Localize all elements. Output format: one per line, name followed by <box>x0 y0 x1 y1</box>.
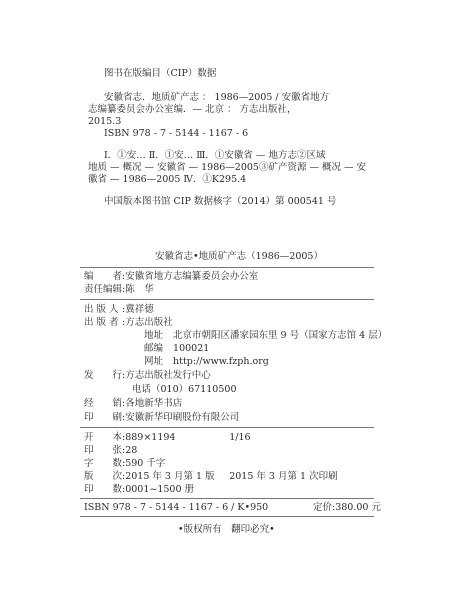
distributor-row: 发 行:方志出版社发行中心 <box>84 370 211 382</box>
website-row: 网址 http://www.fzph.org <box>144 356 269 368</box>
phone: 电话（010）67110500 <box>132 384 237 396</box>
printer-label: 印 刷 <box>84 412 122 424</box>
address-row: 地址 北京市朝阳区潘家园东里 9 号（国家方志馆 4 层） <box>144 330 387 342</box>
format-extra: 1/16 <box>229 432 250 443</box>
words-label: 字 数 <box>84 458 122 470</box>
cip-isbn: ISBN 978 - 7 - 5144 - 1167 - 6 <box>104 128 248 140</box>
words-value: 590 千字 <box>125 458 165 469</box>
cip-subject-line-3: 徽省 — 1986—2005 Ⅳ．①K295.4 <box>88 174 246 186</box>
print-run-value: 0001~1500 册 <box>125 484 194 495</box>
cip-subject-line-2: 地质 — 概况 — 安徽省 — 1986—2005③矿产资源 — 概况 — 安 <box>88 162 366 174</box>
printer-row: 印 刷:安徽新华印刷股份有限公司 <box>84 412 239 424</box>
cip-entry-line-1: 安徽省志．地质矿产志 ： 1986—2005 / 安徽省地方 <box>104 92 329 104</box>
address-label: 地址 <box>144 330 170 342</box>
edition-extra: 2015 年 3 月第 1 次印刷 <box>229 471 337 482</box>
sheets-label: 印 张 <box>84 445 122 457</box>
divider <box>80 516 374 517</box>
publisher-row: 出 版 者:方志出版社 <box>84 317 173 329</box>
publisher-label: 出 版 者 <box>84 317 122 329</box>
cip-subject-line-1: Ⅰ．①安… Ⅱ．①安… Ⅲ．①安徽省 — 地方志②区域 <box>104 150 325 162</box>
website-label: 网址 <box>144 356 170 368</box>
format-value: 889×1194 <box>125 432 229 444</box>
address-value: 北京市朝阳区潘家园东里 9 号（国家方志馆 4 层） <box>173 330 387 341</box>
sheets-row: 印 张:28 <box>84 445 137 457</box>
divider <box>80 427 374 428</box>
responsible-editor-label: 责任编辑 <box>84 284 122 296</box>
postcode-value: 100021 <box>173 343 209 354</box>
sheets-value: 28 <box>125 445 137 456</box>
book-title: 安徽省志•地质矿产志（1986—2005） <box>155 251 323 263</box>
print-run-label: 印 数 <box>84 484 122 496</box>
divider <box>80 267 374 268</box>
print-run-row: 印 数:0001~1500 册 <box>84 484 194 496</box>
divider <box>80 299 374 300</box>
publisher-person-label: 出 版 人 <box>84 304 122 316</box>
words-row: 字 数:590 千字 <box>84 458 165 470</box>
postcode-label: 邮编 <box>144 343 170 355</box>
format-row: 开 本:889×11941/16 <box>84 432 251 444</box>
responsible-editor-value: 陈 华 <box>125 284 154 295</box>
cip-number: 中国版本图书馆 CIP 数据核字（2014）第 000541 号 <box>104 196 336 208</box>
publisher-person-row: 出 版 人:冀祥德 <box>84 304 154 316</box>
edition-row: 版 次:2015 年 3 月第 1 版2015 年 3 月第 1 次印刷 <box>84 471 338 483</box>
postcode-row: 邮编 100021 <box>144 343 209 355</box>
cip-entry-line-2: 志编纂委员会办公室编．— 北京 ： 方志出版社， <box>88 104 297 116</box>
colophon-isbn: ISBN 978 - 7 - 5144 - 1167 - 6 / K•950 <box>84 502 268 514</box>
format-label: 开 本 <box>84 432 122 444</box>
seller-value: 各地新华书店 <box>125 398 182 409</box>
seller-row: 经 销:各地新华书店 <box>84 398 182 410</box>
editor-row: 编 者:安徽省地方志编纂委员会办公室 <box>84 271 258 283</box>
cip-heading: 图书在版编目（CIP）数据 <box>104 68 216 80</box>
publisher-person-value: 冀祥德 <box>125 304 154 315</box>
publisher-value: 方志出版社 <box>125 317 173 328</box>
divider <box>80 498 374 499</box>
edition-value: 2015 年 3 月第 1 版 <box>125 471 229 483</box>
responsible-editor-row: 责任编辑:陈 华 <box>84 284 154 296</box>
price: 定价:380.00 元 <box>313 502 381 514</box>
editor-label: 编 者 <box>84 271 122 283</box>
copyright-notice: •版权所有 翻印必究• <box>178 524 275 536</box>
seller-label: 经 销 <box>84 398 122 410</box>
distributor-value: 方志出版社发行中心 <box>125 370 211 381</box>
edition-label: 版 次 <box>84 471 122 483</box>
editor-value: 安徽省地方志编纂委员会办公室 <box>125 271 258 282</box>
distributor-label: 发 行 <box>84 370 122 382</box>
printer-value: 安徽新华印刷股份有限公司 <box>125 412 239 423</box>
website-value: http://www.fzph.org <box>173 356 269 367</box>
cip-entry-line-3: 2015.3 <box>88 116 121 128</box>
